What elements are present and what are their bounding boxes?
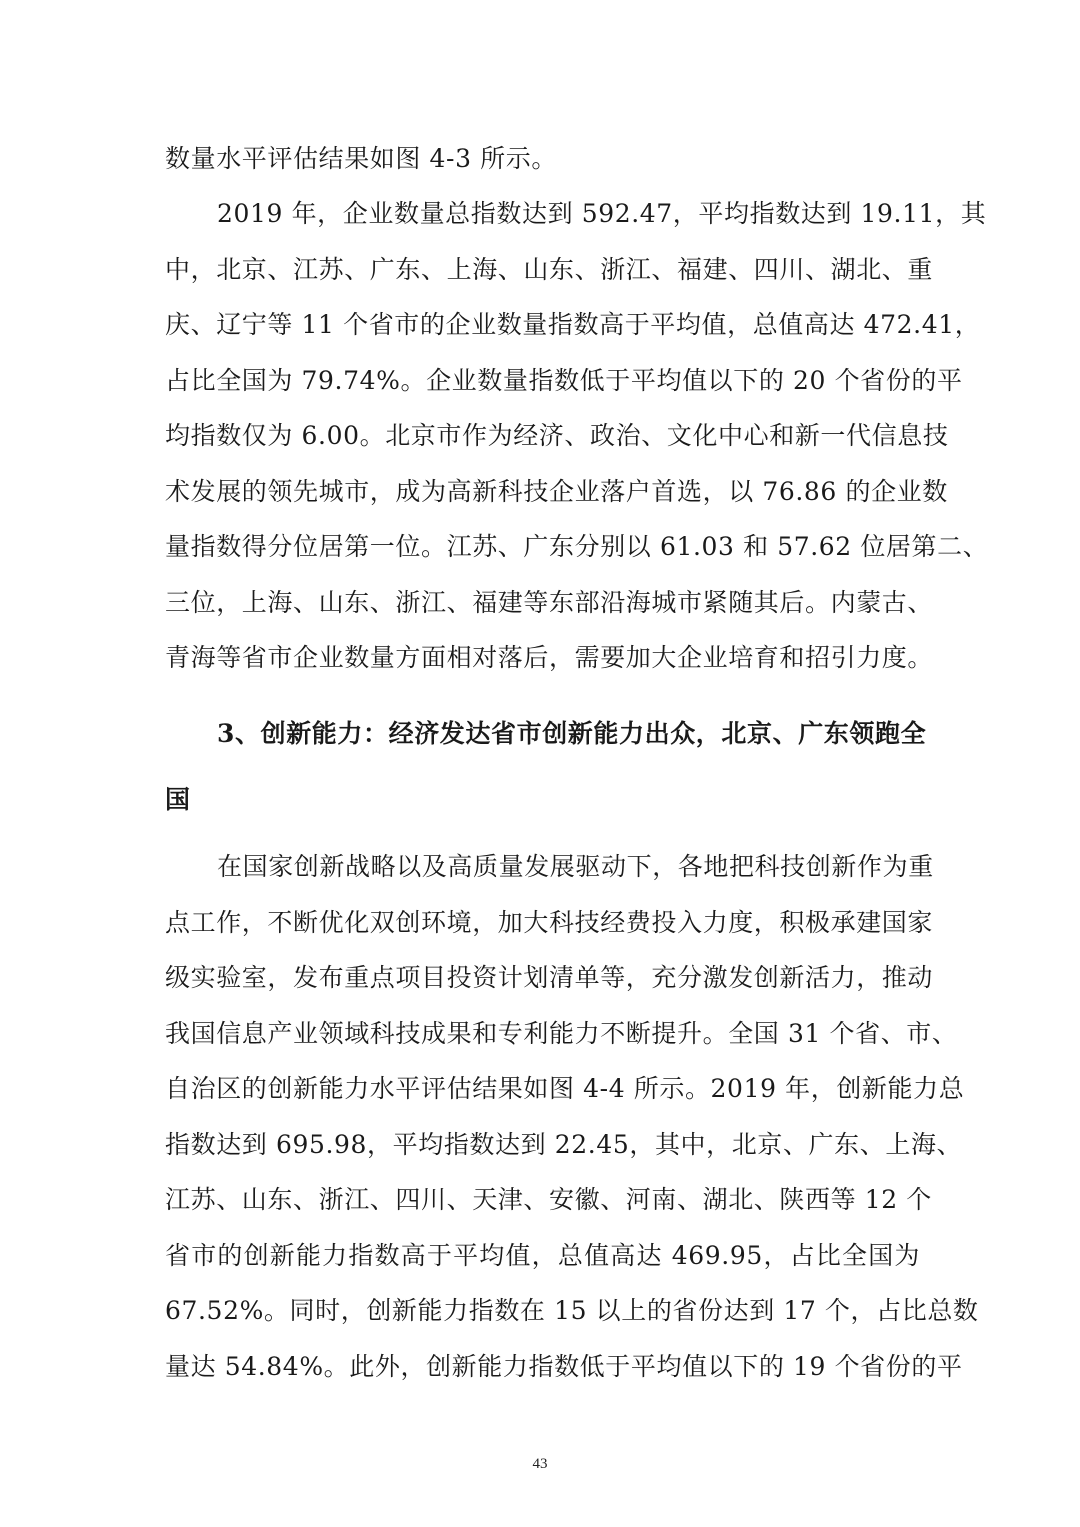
text-line: 青海等省市企业数量方面相对落后，需要加大企业培育和招引力度。 xyxy=(165,638,920,678)
text-line: 量达 54.84%。此外，创新能力指数低于平均值以下的 19 个省份的平 xyxy=(165,1347,920,1387)
paragraph-innovation-start: 在国家创新战略以及高质量发展驱动下，各地把科技创新作为重 xyxy=(217,847,920,887)
text-line: 量指数得分位居第一位。江苏、广东分别以 61.03 和 57.62 位居第二、 xyxy=(165,527,920,567)
text-line: 自治区的创新能力水平评估结果如图 4-4 所示。2019 年，创新能力总 xyxy=(165,1069,920,1109)
text-line: 三位，上海、山东、浙江、福建等东部沿海城市紧随其后。内蒙古、 xyxy=(165,583,920,623)
text-line: 术发展的领先城市，成为高新科技企业落户首选，以 76.86 的企业数 xyxy=(165,472,920,512)
text-line: 67.52%。同时，创新能力指数在 15 以上的省份达到 17 个，占比总数 xyxy=(165,1291,920,1331)
text-line: 省市的创新能力指数高于平均值，总值高达 469.95，占比全国为 xyxy=(165,1236,920,1276)
section-heading-continuation: 国 xyxy=(165,780,920,820)
text-line: 庆、辽宁等 11 个省市的企业数量指数高于平均值，总值高达 472.41， xyxy=(165,305,920,345)
text-line: 中，北京、江苏、广东、上海、山东、浙江、福建、四川、湖北、重 xyxy=(165,250,920,290)
section-heading: 3、创新能力：经济发达省市创新能力出众，北京、广东领跑全 xyxy=(217,714,920,754)
paragraph-enterprise-count-start: 2019 年，企业数量总指数达到 592.47，平均指数达到 19.11，其 xyxy=(217,194,920,234)
text-line: 指数达到 695.98，平均指数达到 22.45，其中，北京、广东、上海、 xyxy=(165,1125,920,1165)
text-line: 占比全国为 79.74%。企业数量指数低于平均值以下的 20 个省份的平 xyxy=(165,361,920,401)
text-line: 级实验室，发布重点项目投资计划清单等，充分激发创新活力，推动 xyxy=(165,958,920,998)
text-line: 数量水平评估结果如图 4-3 所示。 xyxy=(165,139,920,179)
page-number: 43 xyxy=(0,1456,1080,1473)
text-line: 均指数仅为 6.00。北京市作为经济、政治、文化中心和新一代信息技 xyxy=(165,416,920,456)
text-line: 我国信息产业领域科技成果和专利能力不断提升。全国 31 个省、市、 xyxy=(165,1014,920,1054)
text-line: 江苏、山东、浙江、四川、天津、安徽、河南、湖北、陕西等 12 个 xyxy=(165,1180,920,1220)
text-line: 点工作，不断优化双创环境，加大科技经费投入力度，积极承建国家 xyxy=(165,903,920,943)
